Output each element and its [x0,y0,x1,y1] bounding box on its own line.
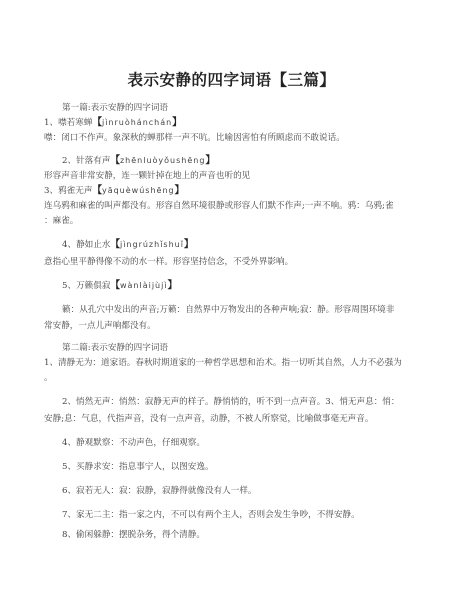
part2-item-1-line1: 1、清静无为：道家语。春秋时期道家的一种哲学思想和治术。指一切听其自然，人力不必… [44,357,424,369]
part2-heading: 第二篇:表示安静的四字词语 [62,342,442,354]
part2-item-4: 4、静观默察：不动声色，仔细观察。 [62,437,442,449]
pinyin: yāquèwúshēng [102,186,175,195]
part1-item-5-heading: 5、万籁俱寂【wànlàijùjì】 [62,280,442,292]
part2-item-2-line1: 2、悄然无声：悄然：寂静无声的样子。静悄悄的，听不到一点声音。3、悄无声息：悄： [62,396,442,408]
part2-item-2-line2: 安静;息：气息，代指声音，没有一点声音，动静，不被人所察觉，比喻做事毫无声音。 [44,413,424,425]
part2-item-1-line2: 。 [44,372,424,384]
part1-item-3-definition-line2: ：麻雀。 [44,215,424,227]
pinyin: jìnruòhánchán [102,118,172,127]
part2-item-8: 8、偷闲躲静：摆脱杂务，得个清静。 [62,529,442,541]
part1-item-1-heading: 1、噤若寒蝉【jìnruòhánchán】 [44,117,424,129]
pinyin: wànlàijùjì [120,281,168,290]
part2-item-7: 7、家无二主：指一家之内，不可以有两个主人，否则会发生争吵，不得安静。 [62,509,442,521]
part1-heading: 第一篇:表示安静的四字词语 [62,102,442,114]
part1-item-2-heading: 2、针落有声【zhēnluòyǒushēng】 [62,155,442,167]
pinyin: jìngrúzhǐshuǐ [120,240,184,249]
part1-item-5-definition-line1: 籁：从孔穴中发出的声音;万籁：自然界中万物发出的各种声响;寂：静。形容周围环境非 [62,304,442,316]
part1-item-2-definition: 形容声音非常安静，连一颗针掉在地上的声音也听的见 [44,170,424,182]
document-title: 表示安静的四字词语【三篇】 [0,68,463,90]
part2-item-6: 6、寂若无人：寂：寂静，寂静得就像没有人一样。 [62,485,442,497]
document-page: 表示安静的四字词语【三篇】 第一篇:表示安静的四字词语 1、噤若寒蝉【jìnru… [0,0,463,600]
part1-item-3-definition-line1: 连乌鸦和麻雀的叫声都没有。形容自然环境很静或形容人们默不作声;一声不响。鸦：乌鸦… [44,200,424,212]
part1-item-3-heading: 3、鸦雀无声【yāquèwúshēng】 [44,185,424,197]
part1-item-4-definition: 意指心里平静得像不动的水一样。形容坚持信念，不受外界影响。 [44,256,424,268]
part1-item-1-definition: 噤：闭口不作声。象深秋的蝉那样一声不吭。比喻因害怕有所顾虑而不敢说话。 [44,132,424,144]
pinyin: zhēnluòyǒushēng [120,156,205,165]
part2-item-5: 5、买静求安：指息事宁人，以图安逸。 [62,461,442,473]
part1-item-4-heading: 4、静如止水【jìngrúzhǐshuǐ】 [62,239,442,251]
part1-item-5-definition-line2: 常安静，一点儿声响都没有。 [44,320,424,332]
